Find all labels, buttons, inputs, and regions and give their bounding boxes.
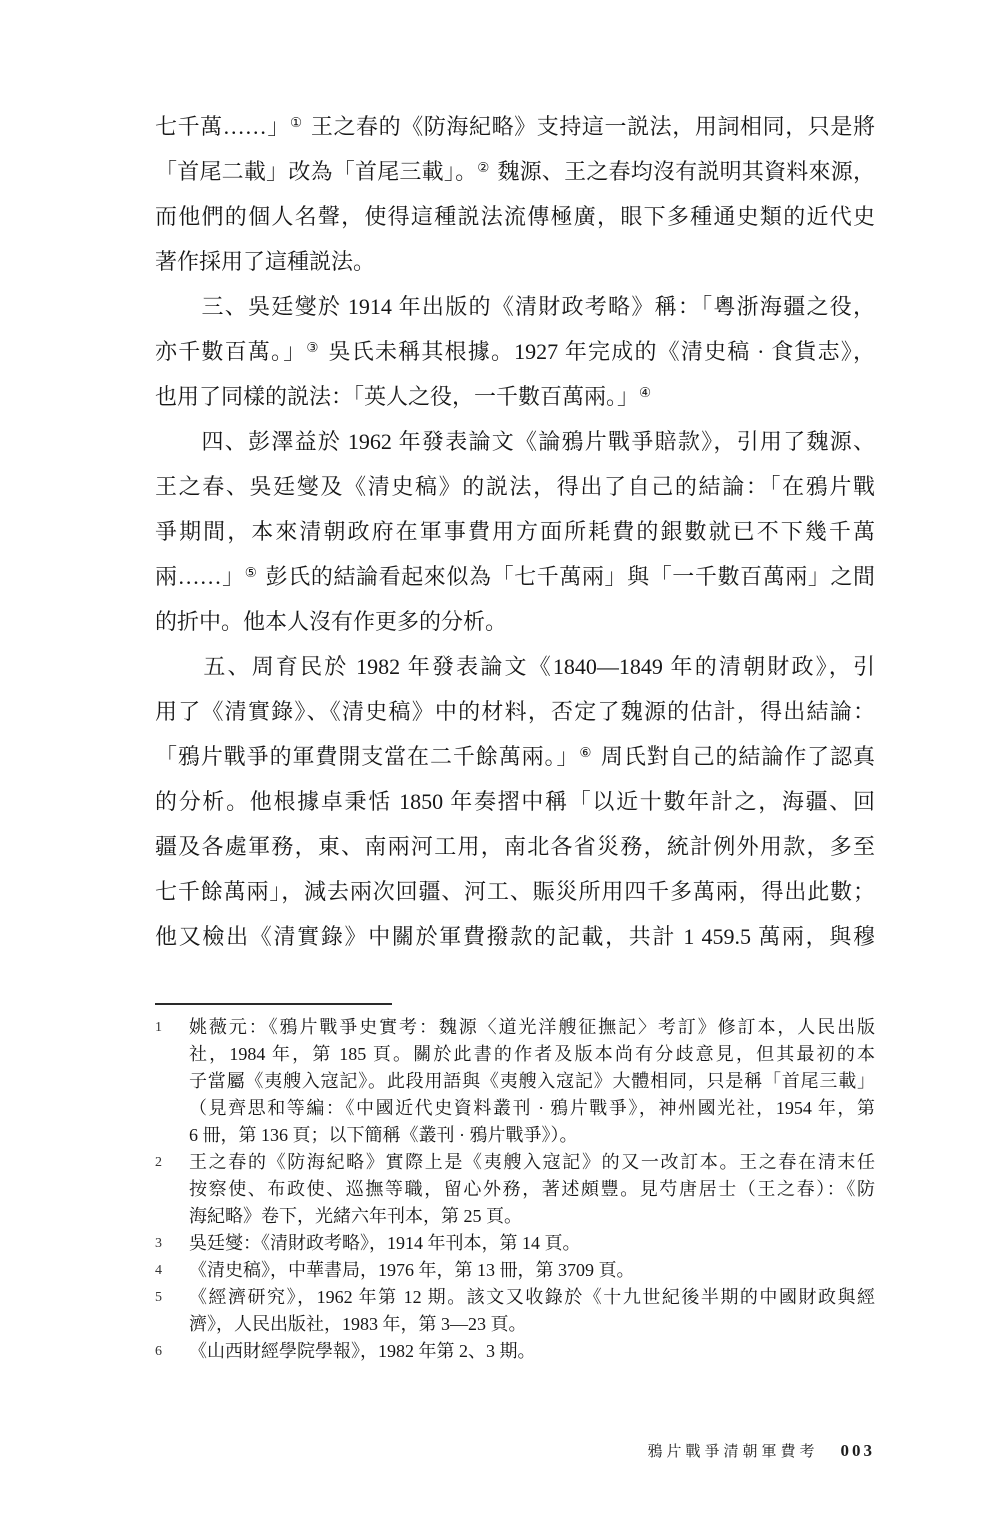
running-title: 鴉片戰爭清朝軍費考 <box>647 1444 818 1460</box>
footnote-ref-marker: ② <box>477 160 489 175</box>
footnote-number: 4 <box>155 1257 189 1284</box>
footnote-ref-marker: ③ <box>306 340 319 355</box>
text-line: 的折中。他本人沒有作更多的分析。 <box>155 599 875 644</box>
book-page: 七千萬……」① 王之春的《防海紀略》支持這一説法，用詞相同，只是將「首尾二載」改… <box>0 0 1000 1513</box>
footnote-text: 姚薇元：《鴉片戰爭史實考：魏源〈道光洋艘征撫記〉考訂》修訂本，人民出版社，198… <box>189 1014 875 1149</box>
text-line: 6 冊，第 136 頁；以下簡稱《叢刊 · 鴉片戰爭》）。 <box>189 1122 875 1149</box>
footnote-number: 5 <box>155 1284 189 1338</box>
text-line: 姚薇元：《鴉片戰爭史實考：魏源〈道光洋艘征撫記〉考訂》修訂本，人民出版 <box>189 1014 875 1041</box>
footnotes: 1姚薇元：《鴉片戰爭史實考：魏源〈道光洋艘征撫記〉考訂》修訂本，人民出版社，19… <box>155 1014 875 1365</box>
text-line: 著作採用了這種説法。 <box>155 239 875 284</box>
text-line: 亦千數百萬。」③ 吳氏未稱其根據。1927 年完成的《清史稿 · 食貨志》， <box>155 329 875 374</box>
text-line: 四、彭澤益於 1962 年發表論文《論鴉片戰爭賠款》，引用了魏源、 <box>155 419 875 464</box>
text-line: （見齊思和等編：《中國近代史資料叢刊 · 鴉片戰爭》，神州國光社，1954 年，… <box>189 1095 875 1122</box>
text-line: 子當屬《夷艘入寇記》。此段用語與《夷艘入寇記》大體相同，只是稱「首尾三載」 <box>189 1068 875 1095</box>
text-line: 三、吳廷燮於 1914 年出版的《清財政考略》稱：「粵浙海疆之役， <box>155 284 875 329</box>
footnote-text: 《清史稿》，中華書局，1976 年，第 13 冊，第 3709 頁。 <box>189 1257 875 1284</box>
footnote-number: 6 <box>155 1338 189 1365</box>
footnote-separator <box>155 1003 392 1005</box>
text-line: 兩……」⑤ 彭氏的結論看起來似為「七千萬兩」與「一千數百萬兩」之間 <box>155 554 875 599</box>
text-line: 七千萬……」① 王之春的《防海紀略》支持這一説法，用詞相同，只是將 <box>155 104 875 149</box>
footnote-item: 5《經濟研究》，1962 年第 12 期。該文又收錄於《十九世紀後半期的中國財政… <box>155 1284 875 1338</box>
body-text: 七千萬……」① 王之春的《防海紀略》支持這一説法，用詞相同，只是將「首尾二載」改… <box>155 104 875 959</box>
text-line: 王之春、吳廷燮及《清史稿》的説法，得出了自己的結論：「在鴉片戰 <box>155 464 875 509</box>
page-number: 003 <box>841 1441 876 1460</box>
text-line: 社，1984 年，第 185 頁。關於此書的作者及版本尚有分歧意見，但其最初的本 <box>189 1041 875 1068</box>
footnote-text: 《山西財經學院學報》，1982 年第 2、3 期。 <box>189 1338 875 1365</box>
text-line: 七千餘萬兩」，減去兩次回疆、河工、賑災所用四千多萬兩，得出此數； <box>155 869 875 914</box>
text-line: 他又檢出《清實錄》中關於軍費撥款的記載，共計 1 459.5 萬兩，與穆 <box>155 914 875 959</box>
text-line: 「鴉片戰爭的軍費開支當在二千餘萬兩。」⑥ 周氏對自己的結論作了認真 <box>155 734 875 779</box>
text-line: 「首尾二載」改為「首尾三載」。② 魏源、王之春均沒有説明其資料來源， <box>155 149 875 194</box>
footnote-number: 2 <box>155 1149 189 1230</box>
footnote-item: 2王之春的《防海紀略》實際上是《夷艘入寇記》的又一改訂本。王之春在清末任按察使、… <box>155 1149 875 1230</box>
paragraph: 七千萬……」① 王之春的《防海紀略》支持這一説法，用詞相同，只是將「首尾二載」改… <box>155 104 875 284</box>
text-line: 王之春的《防海紀略》實際上是《夷艘入寇記》的又一改訂本。王之春在清末任 <box>189 1149 875 1176</box>
footnote-item: 3吳廷燮：《清財政考略》，1914 年刊本，第 14 頁。 <box>155 1230 875 1257</box>
footnote-text: 《經濟研究》，1962 年第 12 期。該文又收錄於《十九世紀後半期的中國財政與… <box>189 1284 875 1338</box>
text-line: 用了《清實錄》、《清史稿》中的材料，否定了魏源的估計，得出結論： <box>155 689 875 734</box>
paragraph: 四、彭澤益於 1962 年發表論文《論鴉片戰爭賠款》，引用了魏源、王之春、吳廷燮… <box>155 419 875 644</box>
text-line: 按察使、布政使、巡撫等職，留心外務，著述頗豐。見芍唐居士（王之春）：《防 <box>189 1176 875 1203</box>
text-line: 五、周育民於 1982 年發表論文《1840—1849 年的清朝財政》，引 <box>155 644 875 689</box>
text-line: 爭期間，本來清朝政府在軍事費用方面所耗費的銀數就已不下幾千萬 <box>155 509 875 554</box>
footnote-text: 王之春的《防海紀略》實際上是《夷艘入寇記》的又一改訂本。王之春在清末任按察使、布… <box>189 1149 875 1230</box>
text-line: 《經濟研究》，1962 年第 12 期。該文又收錄於《十九世紀後半期的中國財政與… <box>189 1284 875 1311</box>
paragraph: 三、吳廷燮於 1914 年出版的《清財政考略》稱：「粵浙海疆之役，亦千數百萬。」… <box>155 284 875 419</box>
text-line: 《山西財經學院學報》，1982 年第 2、3 期。 <box>189 1338 875 1365</box>
text-line: 而他們的個人名聲，使得這種説法流傳極廣，眼下多種通史類的近代史 <box>155 194 875 239</box>
footnote-ref-marker: ⑤ <box>245 565 258 580</box>
page-footer: 鴉片戰爭清朝軍費考 003 <box>155 1440 875 1461</box>
footnote-text: 吳廷燮：《清財政考略》，1914 年刊本，第 14 頁。 <box>189 1230 875 1257</box>
text-line: 吳廷燮：《清財政考略》，1914 年刊本，第 14 頁。 <box>189 1230 875 1257</box>
footnote-number: 3 <box>155 1230 189 1257</box>
footnote-item: 6《山西財經學院學報》，1982 年第 2、3 期。 <box>155 1338 875 1365</box>
footnote-item: 4《清史稿》，中華書局，1976 年，第 13 冊，第 3709 頁。 <box>155 1257 875 1284</box>
text-line: 也用了同樣的説法：「英人之役，一千數百萬兩。」④ <box>155 374 875 419</box>
text-line: 濟》，人民出版社，1983 年，第 3—23 頁。 <box>189 1311 875 1338</box>
footnote-number: 1 <box>155 1014 189 1149</box>
paragraph: 五、周育民於 1982 年發表論文《1840—1849 年的清朝財政》，引用了《… <box>155 644 875 959</box>
text-line: 疆及各處軍務，東、南兩河工用，南北各省災務，統計例外用款，多至 <box>155 824 875 869</box>
text-line: 的分析。他根據卓秉恬 1850 年奏摺中稱「以近十數年計之，海疆、回 <box>155 779 875 824</box>
footnote-item: 1姚薇元：《鴉片戰爭史實考：魏源〈道光洋艘征撫記〉考訂》修訂本，人民出版社，19… <box>155 1014 875 1149</box>
footnote-ref-marker: ⑥ <box>579 745 592 760</box>
text-line: 海紀略》卷下，光緒六年刊本，第 25 頁。 <box>189 1203 875 1230</box>
footnote-ref-marker: ① <box>290 115 303 130</box>
footnote-ref-marker: ④ <box>639 385 651 400</box>
text-line: 《清史稿》，中華書局，1976 年，第 13 冊，第 3709 頁。 <box>189 1257 875 1284</box>
